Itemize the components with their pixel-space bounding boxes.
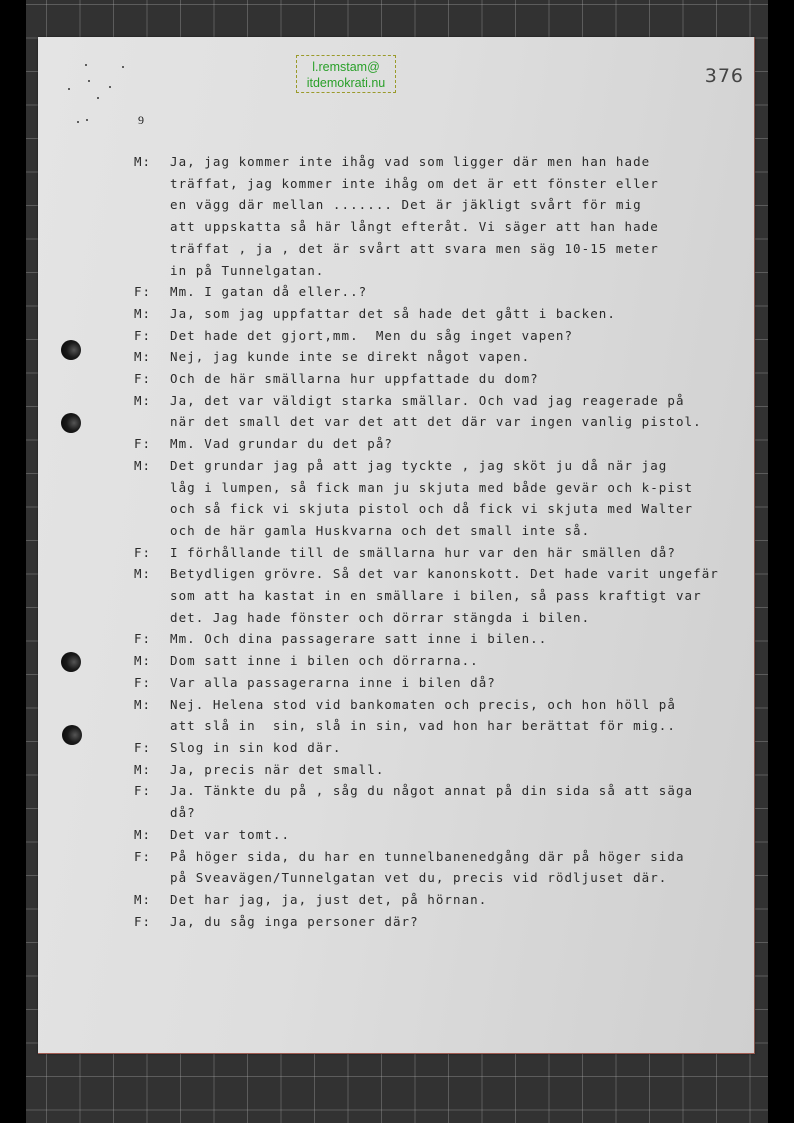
speaker-label: M: — [134, 759, 170, 781]
utterance-line: Ja, det var väldigt starka smällar. Och … — [170, 390, 754, 412]
transcript-entry: M:Ja, jag kommer inte ihåg vad som ligge… — [134, 151, 754, 281]
speaker-label: F: — [134, 368, 170, 390]
speaker-label: F: — [134, 628, 170, 650]
transcript-entry: F:Ja. Tänkte du på , såg du något annat … — [134, 780, 754, 823]
speaker-label: F: — [134, 672, 170, 694]
utterance: Det har jag, ja, just det, på hörnan. — [170, 889, 754, 911]
transcript-entry: F:Mm. Vad grundar du det på? — [134, 433, 754, 455]
transcript-entry: F:Var alla passagerarna inne i bilen då? — [134, 672, 754, 694]
speaker-label: M: — [134, 563, 170, 628]
speaker-label: F: — [134, 780, 170, 823]
utterance: Och de här smällarna hur uppfattade du d… — [170, 368, 754, 390]
watermark-stamp: l.remstam@ itdemokrati.nu — [296, 55, 396, 93]
utterance-line: Det var tomt.. — [170, 824, 754, 846]
utterance: På höger sida, du har en tunnelbanenedgå… — [170, 846, 754, 889]
utterance-line: På höger sida, du har en tunnelbanenedgå… — [170, 846, 754, 868]
utterance: Nej. Helena stod vid bankomaten och prec… — [170, 694, 754, 737]
utterance: Mm. I gatan då eller..? — [170, 281, 754, 303]
stamp-line-2: itdemokrati.nu — [297, 75, 395, 91]
transcript-entry: F:Mm. I gatan då eller..? — [134, 281, 754, 303]
transcript-entry: F:Det hade det gjort,mm. Men du såg inge… — [134, 325, 754, 347]
utterance-line: Mm. Och dina passagerare satt inne i bil… — [170, 628, 754, 650]
utterance-line: när det small det var det att det där va… — [170, 411, 754, 433]
transcript-entry: F:Slog in sin kod där. — [134, 737, 754, 759]
transcript-entry: M:Ja, som jag uppfattar det så hade det … — [134, 303, 754, 325]
transcript-entry: F:I förhållande till de smällarna hur va… — [134, 542, 754, 564]
archive-page-number: 376 — [705, 65, 744, 87]
interview-transcript: M:Ja, jag kommer inte ihåg vad som ligge… — [134, 151, 754, 932]
utterance-line: det. Jag hade fönster och dörrar stängda… — [170, 607, 754, 629]
speck — [68, 88, 70, 90]
utterance: I förhållande till de smällarna hur var … — [170, 542, 754, 564]
speck — [97, 97, 99, 99]
speaker-label: F: — [134, 325, 170, 347]
speaker-label: F: — [134, 911, 170, 933]
utterance-line: låg i lumpen, så fick man ju skjuta med … — [170, 477, 754, 499]
utterance: Det var tomt.. — [170, 824, 754, 846]
utterance: Ja, du såg inga personer där? — [170, 911, 754, 933]
speaker-label: M: — [134, 346, 170, 368]
background-edge-right — [768, 0, 794, 1123]
speaker-label: F: — [134, 846, 170, 889]
speck — [122, 66, 124, 68]
utterance: Det grundar jag på att jag tyckte , jag … — [170, 455, 754, 542]
utterance-line: och de här gamla Huskvarna och det small… — [170, 520, 754, 542]
transcript-entry: M:Nej. Helena stod vid bankomaten och pr… — [134, 694, 754, 737]
utterance-line: att slå in sin, slå in sin, vad hon har … — [170, 715, 754, 737]
transcript-entry: M:Ja, precis när det small. — [134, 759, 754, 781]
speaker-label: M: — [134, 694, 170, 737]
utterance: Var alla passagerarna inne i bilen då? — [170, 672, 754, 694]
speaker-label: F: — [134, 433, 170, 455]
utterance: Nej, jag kunde inte se direkt något vape… — [170, 346, 754, 368]
transcript-entry: M:Det har jag, ja, just det, på hörnan. — [134, 889, 754, 911]
utterance-line: Ja, jag kommer inte ihåg vad som ligger … — [170, 151, 754, 173]
punch-hole — [61, 340, 81, 360]
utterance: Ja, som jag uppfattar det så hade det gå… — [170, 303, 754, 325]
transcript-entry: F:Och de här smällarna hur uppfattade du… — [134, 368, 754, 390]
speaker-label: M: — [134, 824, 170, 846]
utterance-line: Det har jag, ja, just det, på hörnan. — [170, 889, 754, 911]
transcript-entry: M:Dom satt inne i bilen och dörrarna.. — [134, 650, 754, 672]
transcript-entry: M:Betydligen grövre. Så det var kanonsko… — [134, 563, 754, 628]
utterance-line: in på Tunnelgatan. — [170, 260, 754, 282]
utterance-line: en vägg där mellan ....... Det är jäklig… — [170, 194, 754, 216]
utterance-line: på Sveavägen/Tunnelgatan vet du, precis … — [170, 867, 754, 889]
speck — [86, 119, 88, 121]
utterance-line: och så fick vi skjuta pistol och då fick… — [170, 498, 754, 520]
document-page: l.remstam@ itdemokrati.nu 376 9 M:Ja, ja… — [38, 37, 755, 1054]
utterance-line: som att ha kastat in en smällare i bilen… — [170, 585, 754, 607]
utterance: Det hade det gjort,mm. Men du såg inget … — [170, 325, 754, 347]
speck — [85, 64, 87, 66]
transcript-entry: F:Mm. Och dina passagerare satt inne i b… — [134, 628, 754, 650]
page-number: 9 — [138, 113, 144, 128]
transcript-entry: M:Det var tomt.. — [134, 824, 754, 846]
utterance-line: att uppskatta så här långt efteråt. Vi s… — [170, 216, 754, 238]
utterance-line: Ja, precis när det small. — [170, 759, 754, 781]
utterance-line: Mm. Vad grundar du det på? — [170, 433, 754, 455]
utterance: Slog in sin kod där. — [170, 737, 754, 759]
punch-hole — [61, 652, 81, 672]
speck — [88, 80, 90, 82]
stamp-line-1: l.remstam@ — [297, 59, 395, 75]
utterance-line: Och de här smällarna hur uppfattade du d… — [170, 368, 754, 390]
speaker-label: M: — [134, 390, 170, 433]
utterance: Ja, jag kommer inte ihåg vad som ligger … — [170, 151, 754, 281]
utterance: Ja, det var väldigt starka smällar. Och … — [170, 390, 754, 433]
speck — [109, 86, 111, 88]
utterance-line: Ja. Tänkte du på , såg du något annat på… — [170, 780, 754, 802]
utterance-line: Dom satt inne i bilen och dörrarna.. — [170, 650, 754, 672]
utterance-line: Betydligen grövre. Så det var kanonskott… — [170, 563, 754, 585]
utterance-line: träffat, jag kommer inte ihåg om det är … — [170, 173, 754, 195]
utterance-line: då? — [170, 802, 754, 824]
utterance-line: I förhållande till de smällarna hur var … — [170, 542, 754, 564]
utterance-line: Mm. I gatan då eller..? — [170, 281, 754, 303]
punch-hole — [62, 725, 82, 745]
transcript-entry: F:Ja, du såg inga personer där? — [134, 911, 754, 933]
speaker-label: M: — [134, 889, 170, 911]
speck — [77, 121, 79, 123]
utterance-line: Nej, jag kunde inte se direkt något vape… — [170, 346, 754, 368]
speaker-label: M: — [134, 151, 170, 281]
transcript-entry: M:Ja, det var väldigt starka smällar. Oc… — [134, 390, 754, 433]
speaker-label: M: — [134, 303, 170, 325]
speaker-label: M: — [134, 650, 170, 672]
transcript-entry: M:Nej, jag kunde inte se direkt något va… — [134, 346, 754, 368]
transcript-entry: M:Det grundar jag på att jag tyckte , ja… — [134, 455, 754, 542]
utterance-line: Det grundar jag på att jag tyckte , jag … — [170, 455, 754, 477]
background-edge-left — [0, 0, 26, 1123]
speaker-label: M: — [134, 455, 170, 542]
utterance: Ja, precis när det small. — [170, 759, 754, 781]
punch-hole — [61, 413, 81, 433]
utterance: Mm. Vad grundar du det på? — [170, 433, 754, 455]
utterance-line: Ja, du såg inga personer där? — [170, 911, 754, 933]
speaker-label: F: — [134, 737, 170, 759]
speaker-label: F: — [134, 542, 170, 564]
utterance-line: Nej. Helena stod vid bankomaten och prec… — [170, 694, 754, 716]
utterance: Mm. Och dina passagerare satt inne i bil… — [170, 628, 754, 650]
utterance-line: Ja, som jag uppfattar det så hade det gå… — [170, 303, 754, 325]
speaker-label: F: — [134, 281, 170, 303]
utterance-line: träffat , ja , det är svårt att svara me… — [170, 238, 754, 260]
transcript-entry: F:På höger sida, du har en tunnelbanened… — [134, 846, 754, 889]
utterance-line: Det hade det gjort,mm. Men du såg inget … — [170, 325, 754, 347]
utterance: Ja. Tänkte du på , såg du något annat på… — [170, 780, 754, 823]
utterance-line: Slog in sin kod där. — [170, 737, 754, 759]
utterance-line: Var alla passagerarna inne i bilen då? — [170, 672, 754, 694]
utterance: Dom satt inne i bilen och dörrarna.. — [170, 650, 754, 672]
utterance: Betydligen grövre. Så det var kanonskott… — [170, 563, 754, 628]
